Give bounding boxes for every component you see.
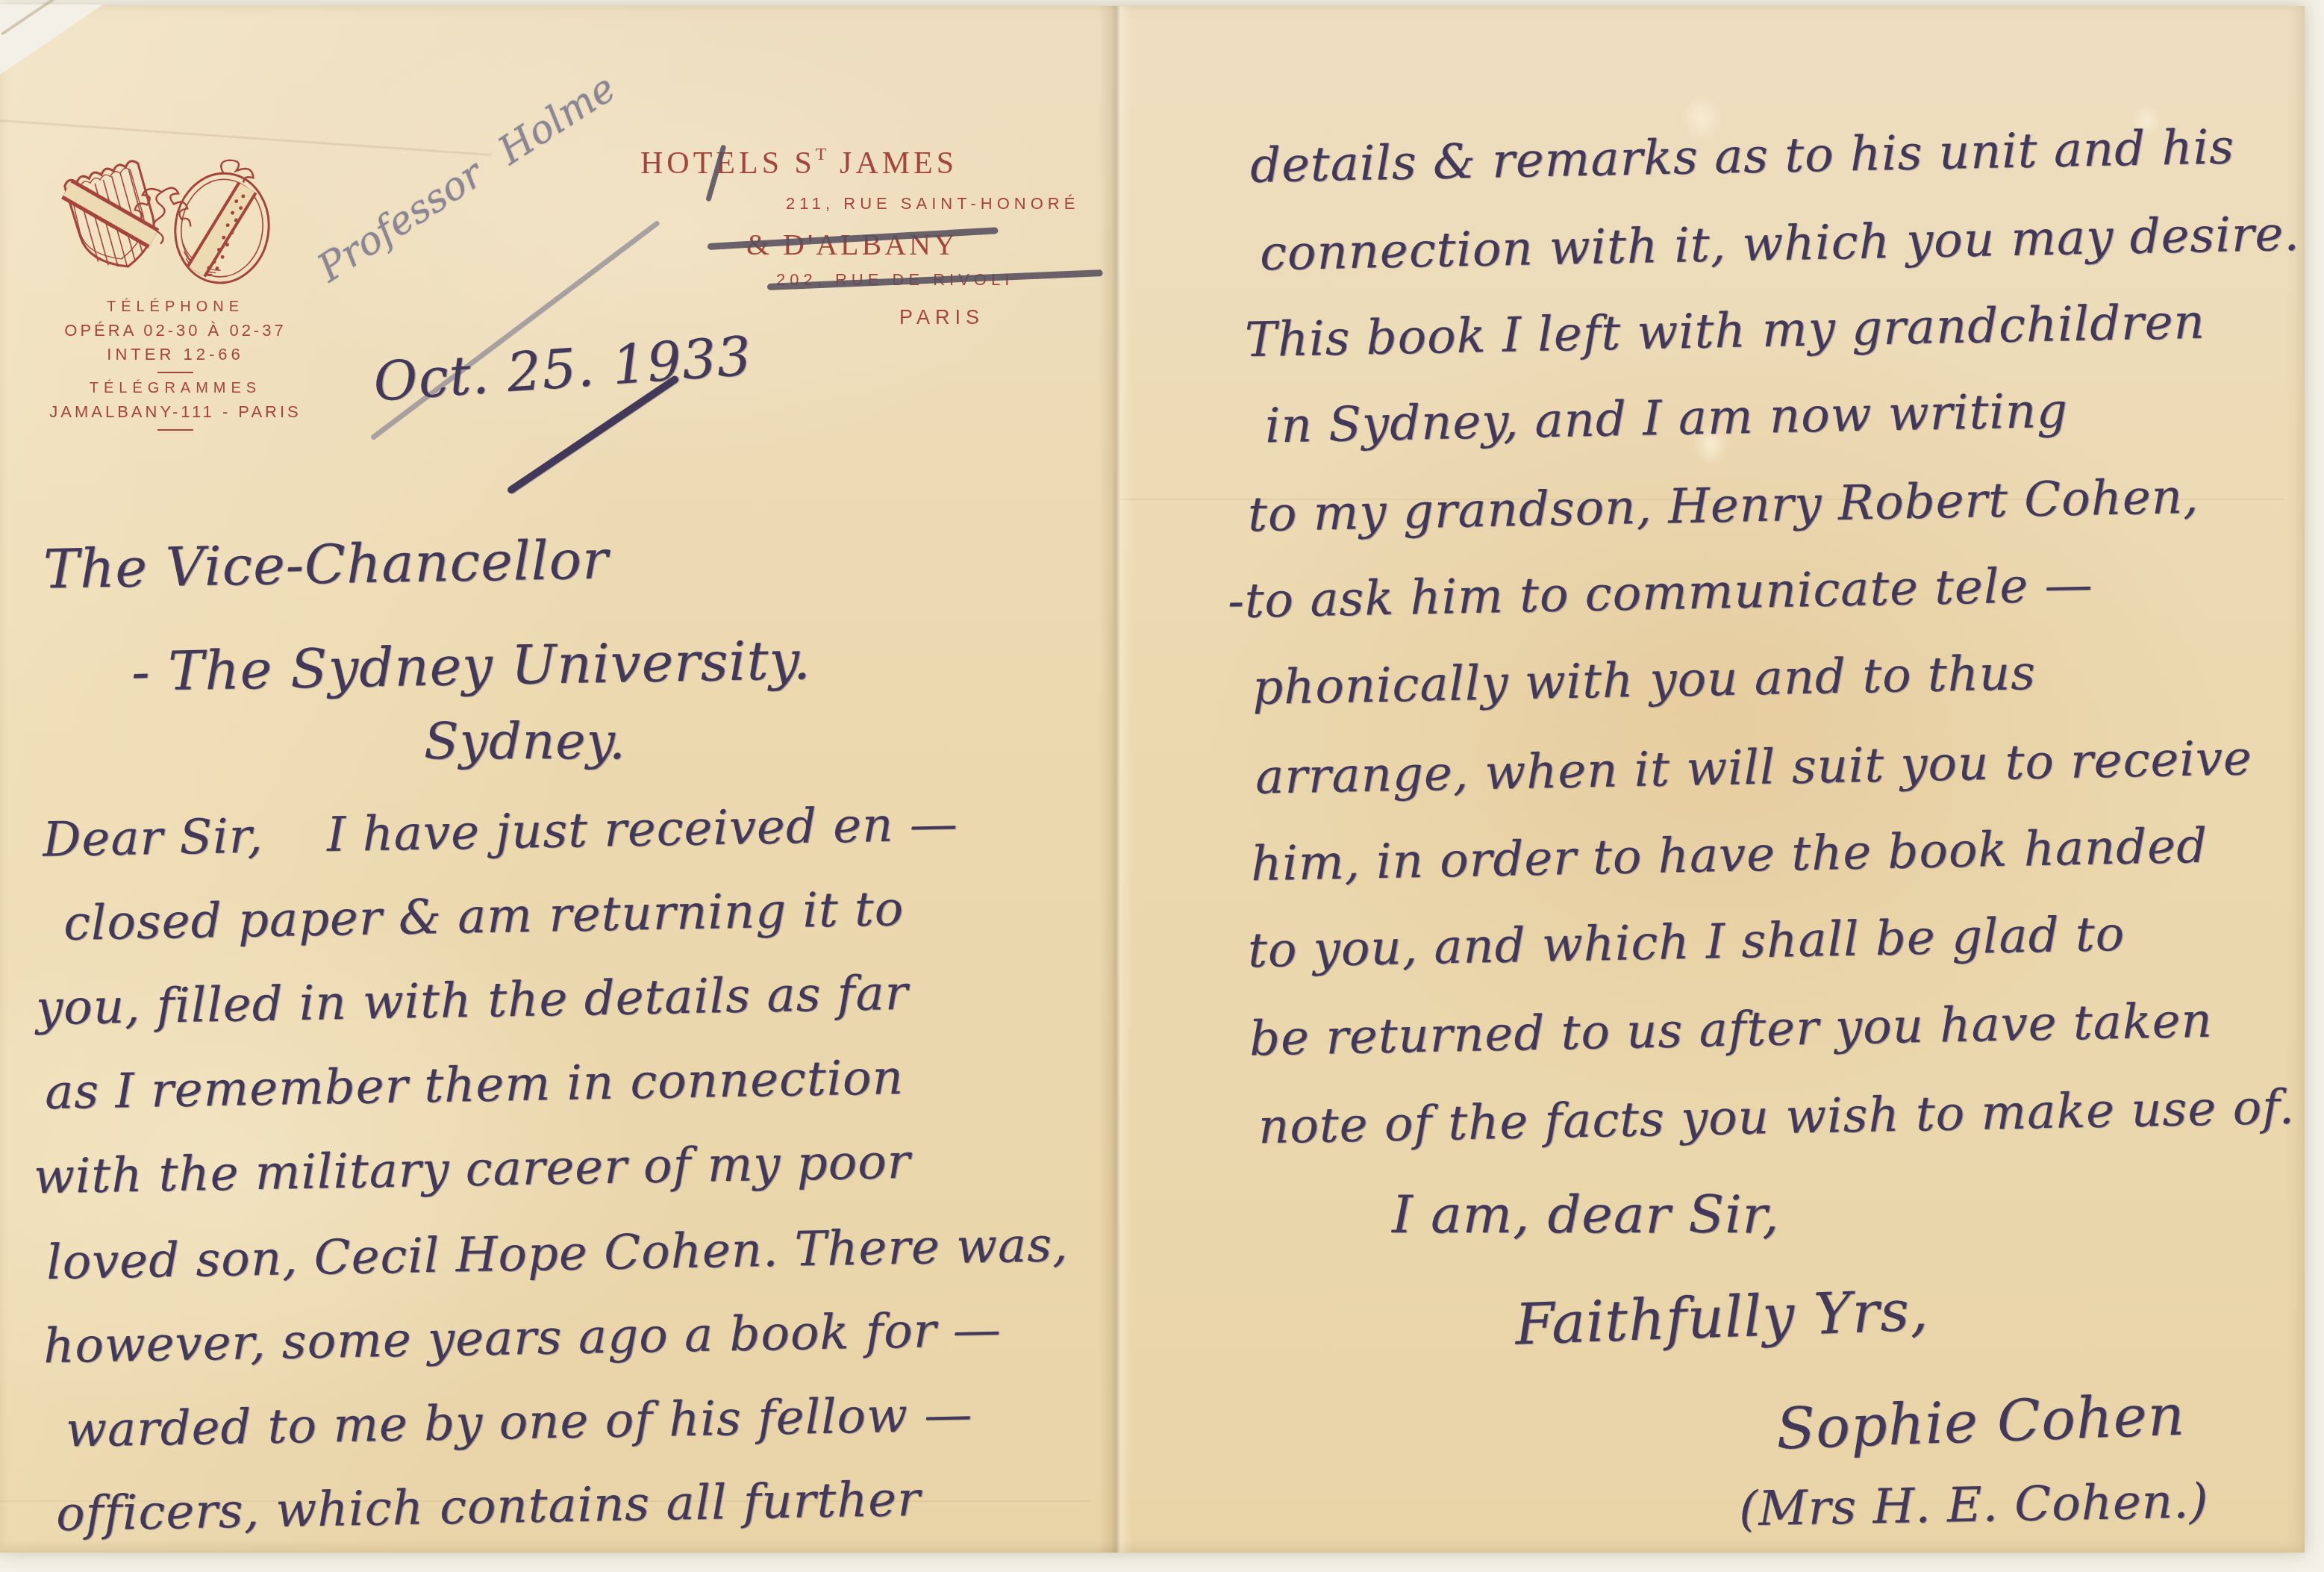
telephone-label: TÉLÉPHONE bbox=[22, 299, 328, 316]
body-line-page2: connection with it, which you may desire… bbox=[1259, 207, 2300, 282]
body-line-page2: in Sydney, and I am now writing bbox=[1264, 384, 2068, 455]
telephone-inter: INTER 12-66 bbox=[22, 345, 328, 364]
hotel-street-address: 211, RUE SAINT-HONORÉ bbox=[786, 194, 1079, 213]
recipient-line: - The Sydney University. bbox=[131, 629, 811, 703]
body-line-page1: as I remember them in connection bbox=[44, 1050, 904, 1120]
pencil-annotation-word: Professor bbox=[310, 152, 491, 291]
body-line-page2: to my grandson, Henry Robert Cohen, bbox=[1247, 470, 2199, 543]
body-line-page2: arrange, when it will suit you to receiv… bbox=[1255, 731, 2252, 805]
body-line-page1: however, some years ago a book for — bbox=[43, 1303, 1002, 1374]
pencil-annotation: ProfessorHolme bbox=[310, 66, 623, 291]
body-line-page1: warded to me by one of his fellow — bbox=[65, 1387, 972, 1458]
letterhead-contact-block: TÉLÉPHONE OPÉRA 02-30 À 02-37 INTER 12-6… bbox=[22, 299, 328, 437]
body-line-page2: him, in order to have the book handed bbox=[1250, 819, 2208, 893]
telegrams-address: JAMALBANY-111 - PARIS bbox=[22, 402, 328, 422]
body-line-page2: note of the facts you wish to make use o… bbox=[1258, 1080, 2295, 1155]
closing-line: I am, dear Sir, bbox=[1392, 1184, 1780, 1245]
body-line-page1: loved son, Cecil Hope Cohen. There was, bbox=[46, 1217, 1068, 1291]
body-line-page2: phonically with you and to thus bbox=[1252, 646, 2036, 716]
city-label: PARIS bbox=[899, 306, 984, 329]
body-line-page2: This book I left with my grandchildren bbox=[1244, 295, 2205, 369]
body-line-page2: to you, and which I shall be glad to bbox=[1247, 907, 2125, 979]
signature-printed-name: (Mrs H. E. Cohen.) bbox=[1738, 1474, 2209, 1538]
hotel-name-text: JAMES bbox=[828, 146, 958, 181]
body-line-page2: -to ask him to communicate tele — bbox=[1227, 558, 2093, 629]
body-line-page1: closed paper & am returning it to bbox=[63, 882, 904, 952]
valediction: Faithfully Yrs, bbox=[1514, 1276, 1930, 1357]
signature: Sophie Cohen bbox=[1775, 1381, 2186, 1462]
telegrams-label: TÉLÉGRAMMES bbox=[22, 380, 328, 397]
center-fold-crease bbox=[1099, 6, 1133, 1553]
recipient-line: Sydney. bbox=[424, 712, 626, 771]
folded-corner bbox=[0, 4, 103, 75]
body-line-page1: with the military career of my poor bbox=[33, 1135, 911, 1205]
hotel-crest-icon bbox=[48, 152, 281, 285]
paper-crease bbox=[0, 119, 491, 156]
hotel-name-text: HOTELS S bbox=[640, 146, 816, 181]
body-line-page1: Dear Sir, I have just received en — bbox=[42, 796, 958, 867]
body-line-page2: be returned to us after you have taken bbox=[1249, 994, 2213, 1067]
body-line-page1: you, filled in with the details as far bbox=[35, 966, 908, 1036]
body-line-page2: details & remarks as to his unit and his bbox=[1249, 119, 2234, 193]
body-line-page1: officers, which contains all further bbox=[55, 1472, 921, 1542]
pencil-annotation-word: Holme bbox=[490, 66, 623, 174]
letter-date: Oct. 25. 1933 bbox=[372, 324, 754, 413]
hotel-name-superscript: T bbox=[816, 145, 828, 164]
telephone-numbers: OPÉRA 02-30 À 02-37 bbox=[22, 321, 328, 340]
letter-sheet: TÉLÉPHONE OPÉRA 02-30 À 02-37 INTER 12-6… bbox=[0, 6, 2305, 1553]
hotel-name: HOTELS ST JAMES bbox=[640, 145, 958, 181]
letterhead-divider bbox=[157, 372, 193, 373]
letterhead-divider bbox=[157, 429, 193, 431]
recipient-line: The Vice-Chancellor bbox=[43, 528, 609, 600]
